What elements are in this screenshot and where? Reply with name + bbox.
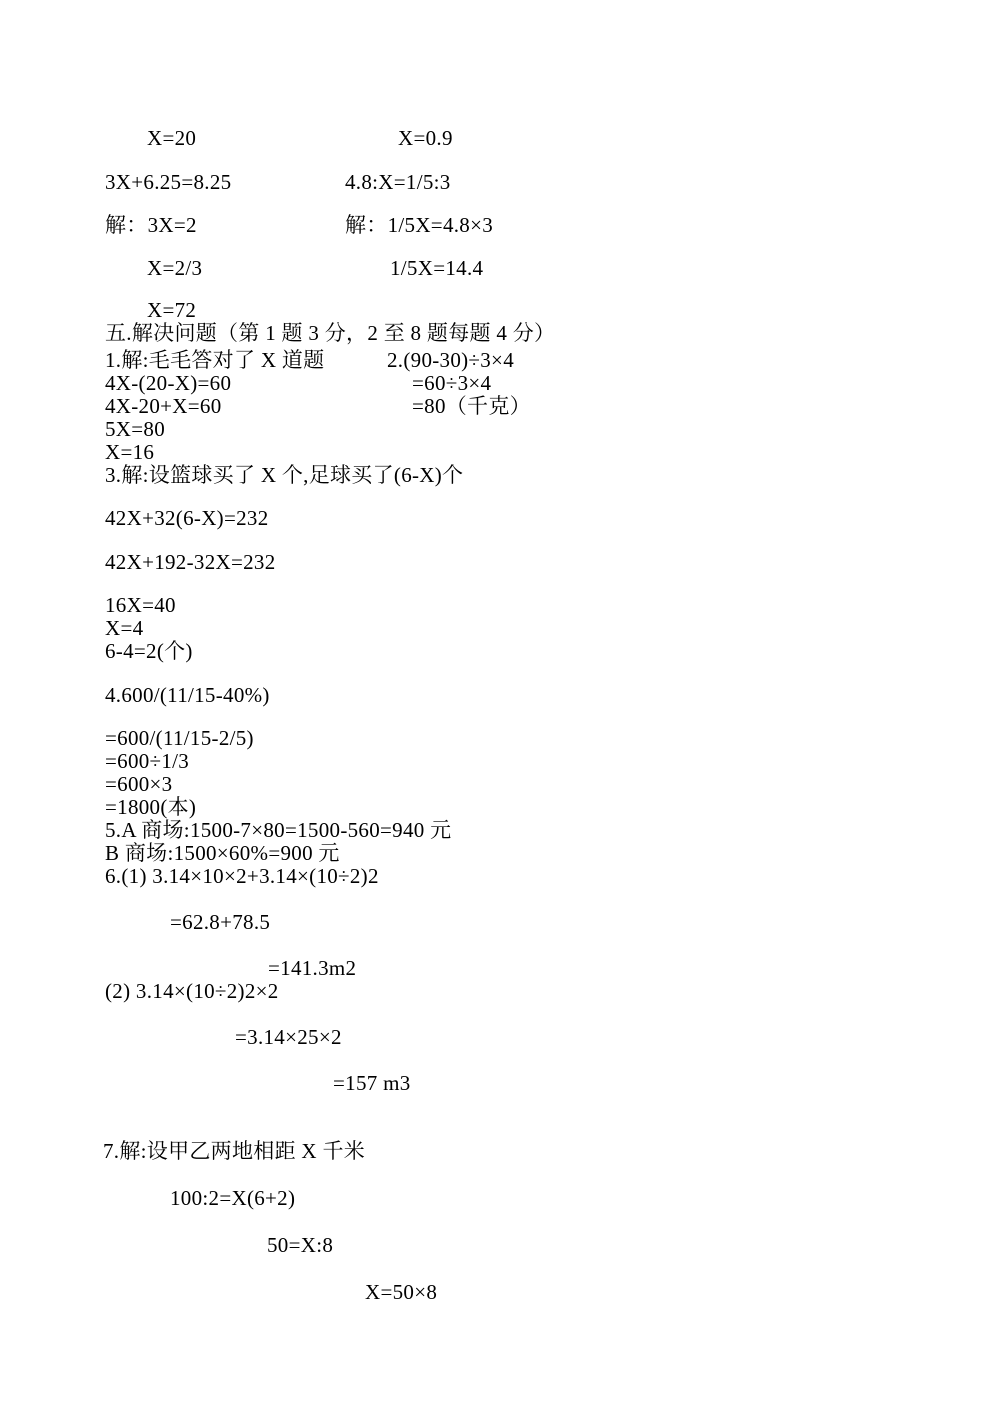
solution-line: 50=X:8 <box>267 1234 333 1257</box>
solution-line: (2) 3.14×(10÷2)2×2 <box>105 980 279 1003</box>
solution-line: =80（千克） <box>412 395 531 418</box>
solution-line: 42X+192-32X=232 <box>105 551 276 574</box>
solution-line: =60÷3×4 <box>412 372 491 395</box>
solution-line: 2.(90-30)÷3×4 <box>387 349 514 372</box>
solution-line: =600/(11/15-2/5) <box>105 727 254 750</box>
solution-line: B 商场:1500×60%=900 元 <box>105 842 340 865</box>
solution-line: X=16 <box>105 441 154 464</box>
solution-line: 3.解:设篮球买了 X 个,足球买了(6-X)个 <box>105 464 463 487</box>
solution-line: =62.8+78.5 <box>170 911 270 934</box>
solution-line: =1800(本) <box>105 796 196 819</box>
equation-right: X=0.9 <box>398 127 453 150</box>
solution-line: X=4 <box>105 617 143 640</box>
solution-line: =141.3m2 <box>268 957 356 980</box>
solution-line: =600×3 <box>105 773 173 796</box>
solution-line: 100:2=X(6+2) <box>170 1187 295 1210</box>
equation-left: X=20 <box>147 127 196 150</box>
section-heading: 五.解决问题（第 1 题 3 分，2 至 8 题每题 4 分） <box>105 322 555 345</box>
solution-line: 6.(1) 3.14×10×2+3.14×(10÷2)2 <box>105 865 379 888</box>
equation-right: 1/5X=14.4 <box>390 257 483 280</box>
equation-left: X=72 <box>147 299 196 322</box>
solution-line: =3.14×25×2 <box>235 1026 342 1049</box>
solution-line: 5.A 商场:1500-7×80=1500-560=940 元 <box>105 819 451 842</box>
equation-left: X=2/3 <box>147 257 202 280</box>
solution-line: X=50×8 <box>365 1281 437 1304</box>
solution-line: 4X-20+X=60 <box>105 395 222 418</box>
solution-line: 6-4=2(个) <box>105 640 193 663</box>
solution-line: 1.解:毛毛答对了 X 道题 <box>105 349 324 372</box>
equation-left: 解：3X=2 <box>105 214 197 237</box>
solution-line: =157 m3 <box>333 1072 411 1095</box>
solution-line: 4.600/(11/15-40%) <box>105 684 270 707</box>
solution-line: =600÷1/3 <box>105 750 189 773</box>
equation-right: 解：1/5X=4.8×3 <box>345 214 493 237</box>
math-answer-sheet: X=20 X=0.9 3X+6.25=8.25 4.8:X=1/5:3 解：3X… <box>0 0 1000 1417</box>
equation-left: 3X+6.25=8.25 <box>105 171 231 194</box>
solution-line: 4X-(20-X)=60 <box>105 372 231 395</box>
solution-line: 7.解:设甲乙两地相距 X 千米 <box>103 1140 365 1163</box>
solution-line: 42X+32(6-X)=232 <box>105 507 269 530</box>
solution-line: 16X=40 <box>105 594 176 617</box>
equation-right: 4.8:X=1/5:3 <box>345 171 451 194</box>
solution-line: 5X=80 <box>105 418 165 441</box>
